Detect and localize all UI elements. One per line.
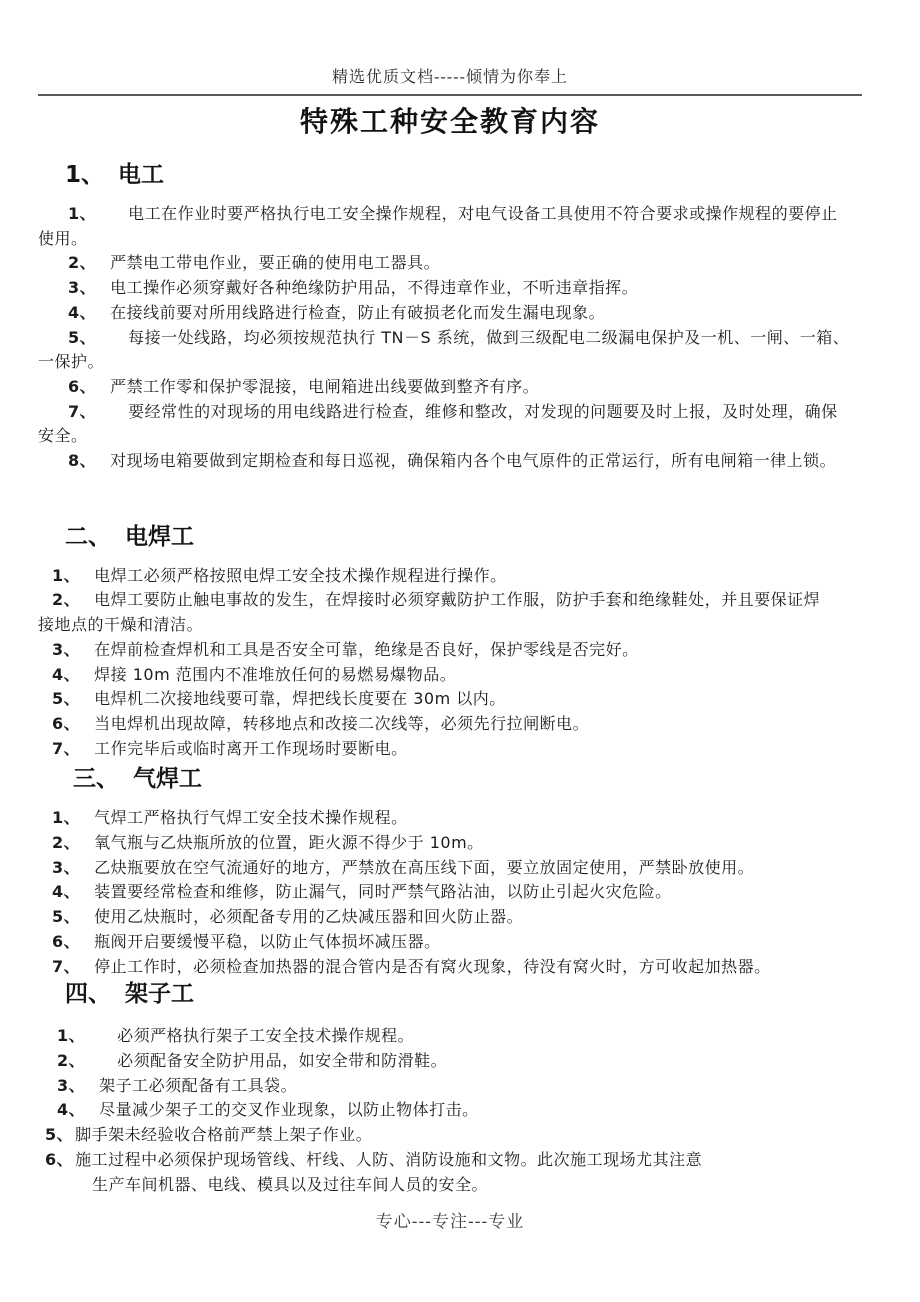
section: 三、气焊工1、气焊工严格执行气焊工安全技术操作规程。2、氧气瓶与乙炔瓶所放的位置… — [38, 764, 862, 979]
list-item: 2、严禁电工带电作业，要正确的使用电工器具。 — [38, 251, 862, 276]
section-heading: 二、电焊工 — [65, 522, 862, 552]
list-item: 6、施工过程中必须保护现场管线、杆线、人防、消防设施和文物。此次施工现场尤其注意… — [38, 1148, 862, 1197]
list-item: 4、在接线前要对所用线路进行检查，防止有破损老化而发生漏电现象。 — [38, 301, 862, 326]
section-heading: 1、电工 — [65, 160, 862, 190]
list-item: 6、严禁工作零和保护零混接，电闸箱进出线要做到整齐有序。 — [38, 375, 862, 400]
item-number: 1、 — [57, 1026, 85, 1045]
item-text: 脚手架未经验收合格前严禁上架子作业。 — [75, 1125, 372, 1144]
item-number: 6、 — [52, 932, 80, 951]
item-text: 氧气瓶与乙炔瓶所放的位置，距火源不得少于 10m。 — [94, 833, 484, 852]
item-text: 当电焊机出现故障，转移地点和改接二次线等，必须先行拉闸断电。 — [94, 714, 589, 733]
item-number: 1、 — [52, 566, 80, 585]
list-item: 6、当电焊机出现故障，转移地点和改接二次线等，必须先行拉闸断电。 — [38, 712, 862, 737]
item-text: 电工在作业时要严格执行电工安全操作规程，对电气设备工具使用不符合要求或操作规程的… — [38, 204, 838, 248]
item-text: 对现场电箱要做到定期检查和每日巡视，确保箱内各个电气原件的正常运行，所有电闸箱一… — [110, 451, 836, 470]
section: 1、电工1、电工在作业时要严格执行电工安全操作规程，对电气设备工具使用不符合要求… — [38, 160, 862, 474]
item-text: 必须配备安全防护用品，如安全带和防滑鞋。 — [117, 1051, 447, 1070]
list-item: 5、每接一处线路，均必须按规范执行 TN－S 系统，做到三级配电二级漏电保护及一… — [38, 326, 862, 375]
list-item: 2、氧气瓶与乙炔瓶所放的位置，距火源不得少于 10m。 — [38, 831, 862, 856]
list-item: 5、使用乙炔瓶时，必须配备专用的乙炔减压器和回火防止器。 — [38, 905, 862, 930]
list-item: 4、装置要经常检查和维修，防止漏气，同时严禁气路沾油，以防止引起火灾危险。 — [38, 880, 862, 905]
item-text: 严禁工作零和保护零混接，电闸箱进出线要做到整齐有序。 — [110, 377, 539, 396]
item-number: 7、 — [52, 739, 80, 758]
list-item: 7、停止工作时，必须检查加热器的混合管内是否有窝火现象，待没有窝火时，方可收起加… — [38, 955, 862, 980]
list-item: 3、在焊前检查焊机和工具是否安全可靠，绝缘是否良好，保护零线是否完好。 — [38, 638, 862, 663]
item-number: 6、 — [68, 377, 96, 396]
section-number: 1、 — [65, 162, 104, 188]
document-header: 精选优质文档-----倾情为你奉上 — [38, 64, 862, 96]
item-text: 要经常性的对现场的用电线路进行检查，维修和整改，对发现的问题要及时上报，及时处理… — [38, 402, 838, 446]
section-title: 气焊工 — [133, 766, 202, 792]
list-item: 4、尽量减少架子工的交叉作业现象，以防止物体打击。 — [38, 1098, 862, 1123]
item-number: 7、 — [68, 402, 96, 421]
item-number: 3、 — [52, 858, 80, 877]
item-text: 使用乙炔瓶时，必须配备专用的乙炔减压器和回火防止器。 — [94, 907, 523, 926]
item-text: 在接线前要对所用线路进行检查，防止有破损老化而发生漏电现象。 — [110, 303, 605, 322]
list-item: 7、要经常性的对现场的用电线路进行检查，维修和整改，对发现的问题要及时上报，及时… — [38, 400, 862, 449]
item-number: 2、 — [57, 1051, 85, 1070]
item-text: 电工操作必须穿戴好各种绝缘防护用品，不得违章作业，不听违章指挥。 — [110, 278, 638, 297]
item-number: 4、 — [52, 882, 80, 901]
list-item: 2、必须配备安全防护用品，如安全带和防滑鞋。 — [38, 1049, 862, 1074]
document-body: 1、电工1、电工在作业时要严格执行电工安全操作规程，对电气设备工具使用不符合要求… — [38, 160, 862, 1197]
item-text: 电焊机二次接地线要可靠，焊把线长度要在 30m 以内。 — [94, 689, 506, 708]
section-number: 四、 — [65, 981, 111, 1007]
item-text: 停止工作时，必须检查加热器的混合管内是否有窝火现象，待没有窝火时，方可收起加热器… — [94, 957, 771, 976]
item-text: 气焊工严格执行气焊工安全技术操作规程。 — [94, 808, 408, 827]
document-footer: 专心---专注---专业 — [38, 1207, 862, 1232]
list-item: 3、电工操作必须穿戴好各种绝缘防护用品，不得违章作业，不听违章指挥。 — [38, 276, 862, 301]
item-number: 5、 — [68, 328, 96, 347]
item-number: 4、 — [52, 665, 80, 684]
item-text: 工作完毕后或临时离开工作现场时要断电。 — [94, 739, 408, 758]
list-item: 1、必须严格执行架子工安全技术操作规程。 — [38, 1024, 862, 1049]
item-number: 2、 — [52, 590, 80, 609]
item-text: 严禁电工带电作业，要正确的使用电工器具。 — [110, 253, 440, 272]
list-item: 3、架子工必须配备有工具袋。 — [38, 1074, 862, 1099]
item-number: 6、 — [45, 1150, 73, 1169]
section-heading: 四、架子工 — [65, 979, 862, 1009]
list-item: 1、气焊工严格执行气焊工安全技术操作规程。 — [38, 806, 862, 831]
section-number: 二、 — [65, 524, 111, 550]
item-text: 施工过程中必须保护现场管线、杆线、人防、消防设施和文物。此次施工现场尤其注意 生… — [75, 1150, 702, 1194]
list-item: 8、对现场电箱要做到定期检查和每日巡视，确保箱内各个电气原件的正常运行，所有电闸… — [38, 449, 862, 474]
item-text: 装置要经常检查和维修，防止漏气，同时严禁气路沾油，以防止引起火灾危险。 — [94, 882, 672, 901]
item-text: 电焊工要防止触电事故的发生，在焊接时必须穿戴防护工作服，防护手套和绝缘鞋处，并且… — [38, 590, 820, 634]
page-title: 特殊工种安全教育内容 — [38, 104, 862, 140]
list-item: 7、工作完毕后或临时离开工作现场时要断电。 — [38, 737, 862, 762]
list-item: 1、电焊工必须严格按照电焊工安全技术操作规程进行操作。 — [38, 564, 862, 589]
item-text: 必须严格执行架子工安全技术操作规程。 — [117, 1026, 414, 1045]
item-number: 3、 — [57, 1076, 85, 1095]
section-number: 三、 — [73, 766, 119, 792]
list-item: 5、脚手架未经验收合格前严禁上架子作业。 — [38, 1123, 862, 1148]
item-number: 7、 — [52, 957, 80, 976]
section-title: 电焊工 — [125, 524, 194, 550]
list-item: 6、瓶阀开启要缓慢平稳，以防止气体损坏减压器。 — [38, 930, 862, 955]
item-number: 4、 — [57, 1100, 85, 1119]
list-item: 3、乙炔瓶要放在空气流通好的地方，严禁放在高压线下面，要立放固定使用，严禁卧放使… — [38, 856, 862, 881]
item-text: 尽量减少架子工的交叉作业现象，以防止物体打击。 — [99, 1100, 479, 1119]
item-number: 6、 — [52, 714, 80, 733]
item-number: 1、 — [52, 808, 80, 827]
item-text: 电焊工必须严格按照电焊工安全技术操作规程进行操作。 — [94, 566, 507, 585]
item-number: 5、 — [45, 1125, 73, 1144]
item-text: 每接一处线路，均必须按规范执行 TN－S 系统，做到三级配电二级漏电保护及一机、… — [38, 328, 849, 372]
item-number: 3、 — [68, 278, 96, 297]
item-number: 2、 — [52, 833, 80, 852]
item-text: 在焊前检查焊机和工具是否安全可靠，绝缘是否良好，保护零线是否完好。 — [94, 640, 639, 659]
item-number: 5、 — [52, 689, 80, 708]
section-title: 电工 — [118, 162, 164, 188]
item-number: 1、 — [68, 204, 96, 223]
document-page: 精选优质文档-----倾情为你奉上 特殊工种安全教育内容 1、电工1、电工在作业… — [0, 0, 920, 1232]
item-number: 8、 — [68, 451, 96, 470]
section-title: 架子工 — [125, 981, 194, 1007]
section-heading: 三、气焊工 — [73, 764, 862, 794]
item-text: 乙炔瓶要放在空气流通好的地方，严禁放在高压线下面，要立放固定使用，严禁卧放使用。 — [94, 858, 754, 877]
footer-text: 专心---专注---专业 — [376, 1212, 524, 1232]
list-item: 2、电焊工要防止触电事故的发生，在焊接时必须穿戴防护工作服，防护手套和绝缘鞋处，… — [38, 588, 862, 637]
item-number: 4、 — [68, 303, 96, 322]
list-item: 5、电焊机二次接地线要可靠，焊把线长度要在 30m 以内。 — [38, 687, 862, 712]
section: 四、架子工1、必须严格执行架子工安全技术操作规程。2、必须配备安全防护用品，如安… — [38, 979, 862, 1197]
item-text: 架子工必须配备有工具袋。 — [99, 1076, 297, 1095]
section: 二、电焊工1、电焊工必须严格按照电焊工安全技术操作规程进行操作。2、电焊工要防止… — [38, 522, 862, 762]
header-text: 精选优质文档-----倾情为你奉上 — [332, 67, 568, 86]
item-number: 5、 — [52, 907, 80, 926]
item-number: 2、 — [68, 253, 96, 272]
item-text: 焊接 10m 范围内不准堆放任何的易燃易爆物品。 — [94, 665, 456, 684]
list-item: 1、电工在作业时要严格执行电工安全操作规程，对电气设备工具使用不符合要求或操作规… — [38, 202, 862, 251]
item-number: 3、 — [52, 640, 80, 659]
list-item: 4、焊接 10m 范围内不准堆放任何的易燃易爆物品。 — [38, 663, 862, 688]
item-text: 瓶阀开启要缓慢平稳，以防止气体损坏减压器。 — [94, 932, 441, 951]
